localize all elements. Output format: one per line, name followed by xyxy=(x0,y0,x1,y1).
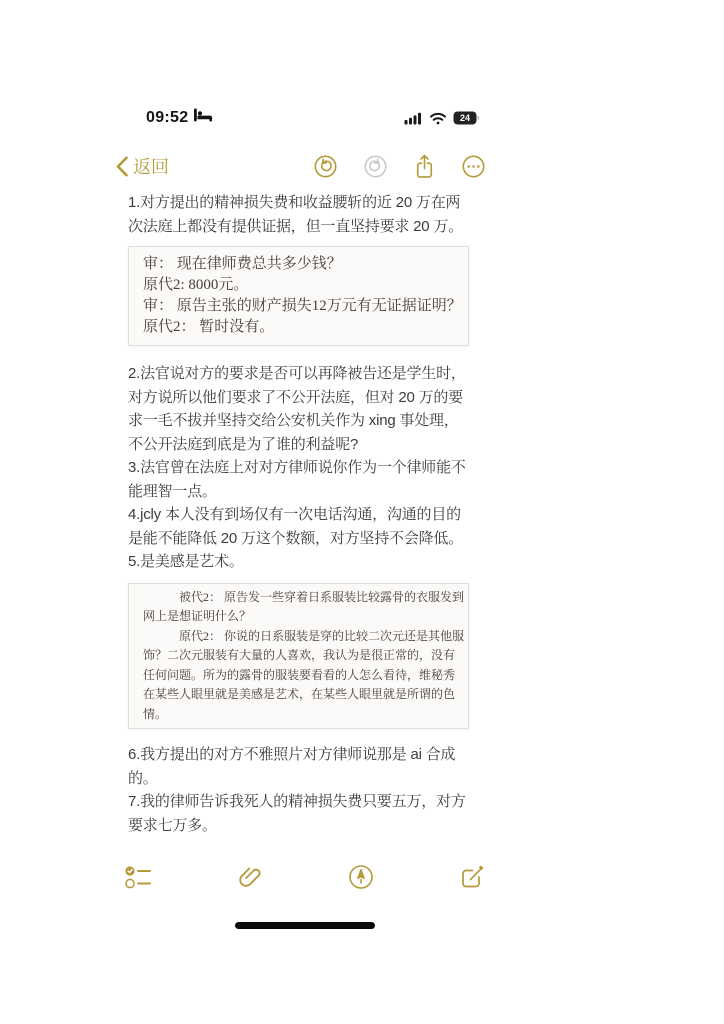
redo-button[interactable] xyxy=(364,155,387,178)
bottom-toolbar xyxy=(110,855,500,899)
chevron-left-icon xyxy=(116,156,128,177)
text-line: 2.法官说对方的要求是否可以再降被告还是学生时， xyxy=(128,362,476,386)
scanned-transcript-attachment-1[interactable]: 审： 现在律师费总共多少钱？ 原代2: 8000元。 审： 原告主张的财产损失1… xyxy=(128,246,469,346)
scan-line: 网上是想证明什么？ xyxy=(143,607,454,627)
markup-button[interactable] xyxy=(347,863,375,891)
attachment-button[interactable] xyxy=(237,864,264,891)
notes-app-screenshot: 09:52 xyxy=(0,0,724,1024)
text-line: 要求七万多。 xyxy=(128,814,476,838)
scanned-transcript-attachment-2[interactable]: 被代2： 原告发一些穿着日系服装比较露骨的衣服发到 网上是想证明什么？ 原代2：… xyxy=(128,583,469,730)
compose-icon xyxy=(459,864,486,891)
text-line: 不公开法庭到底是为了谁的利益呢? xyxy=(128,433,476,457)
redo-icon xyxy=(364,155,387,178)
compose-button[interactable] xyxy=(459,864,486,891)
ellipsis-icon xyxy=(462,155,485,178)
nav-bar: 返回 xyxy=(110,150,500,184)
phone-screen: 09:52 xyxy=(110,105,500,937)
paragraph-2: 2.法官说对方的要求是否可以再降被告还是学生时， 对方说所以他们要求了不公开法庭… xyxy=(128,362,476,456)
paragraph-5: 5.是美感是艺术。 xyxy=(128,550,476,574)
cellular-signal-icon xyxy=(404,112,423,125)
scan-line: 任何问题。所为的露骨的服装要看看的人怎么看待，维秘秀 xyxy=(143,666,454,686)
paragraph-6: 6.我方提出的对方不雅照片对方律师说那是 ai 合成 的。 xyxy=(128,743,476,790)
scan-line: 在某些人眼里就是美感是艺术，在某些人眼里就是所谓的色 xyxy=(143,685,454,705)
status-bar: 09:52 xyxy=(110,107,500,133)
text-line: 能理智一点。 xyxy=(128,480,476,504)
clock-label: 09:52 xyxy=(146,109,188,127)
scan-line: 审： 原告主张的财产损失12万元有无证据证明？ xyxy=(143,296,454,317)
text-line: 是能不能降低 20 万这个数额，对方坚持不会降低。 xyxy=(128,527,476,551)
back-label: 返回 xyxy=(133,153,169,179)
scan-line: 原代2： 暂时没有。 xyxy=(143,317,454,338)
scan-line: 原代2： 你说的日系服装是穿的比较二次元还是其他服 xyxy=(143,627,454,647)
share-icon xyxy=(414,153,435,179)
paragraph-1: 1.对方提出的精神损失费和收益腰斩的近 20 万在两 次法庭上都没有提供证据，但… xyxy=(128,191,476,238)
back-button[interactable]: 返回 xyxy=(116,153,169,179)
text-line: 4.jcly 本人没有到场仅有一次电话沟通，沟通的目的 xyxy=(128,503,476,527)
scan-line: 情。 xyxy=(143,705,454,725)
markup-pen-icon xyxy=(347,863,375,891)
status-right: 24 xyxy=(404,111,480,125)
more-button[interactable] xyxy=(462,155,485,178)
text-line: 对方说所以他们要求了不公开法庭，但对 20 万的要 xyxy=(128,386,476,410)
text-line: 6.我方提出的对方不雅照片对方律师说那是 ai 合成 xyxy=(128,743,476,767)
nav-actions xyxy=(314,153,485,179)
note-body[interactable]: 1.对方提出的精神损失费和收益腰斩的近 20 万在两 次法庭上都没有提供证据，但… xyxy=(128,191,476,837)
paperclip-icon xyxy=(237,864,264,891)
status-left: 09:52 xyxy=(146,108,213,127)
text-line: 次法庭上都没有提供证据，但一直坚持要求 20 万。 xyxy=(128,215,476,239)
text-line: 求一毛不拔并坚持交给公安机关作为 xing 事处理， xyxy=(128,409,476,433)
text-line: 7.我的律师告诉我死人的精神损失费只要五万，对方 xyxy=(128,790,476,814)
scan-line: 原代2: 8000元。 xyxy=(143,275,454,296)
text-line: 的。 xyxy=(128,767,476,791)
wifi-icon xyxy=(429,112,447,125)
paragraph-7: 7.我的律师告诉我死人的精神损失费只要五万，对方 要求七万多。 xyxy=(128,790,476,837)
undo-icon xyxy=(314,155,337,178)
text-line: 3.法官曾在法庭上对对方律师说你作为一个律师能不 xyxy=(128,456,476,480)
scan-line: 饰？二次元服装有大量的人喜欢，我认为是很正常的，没有 xyxy=(143,646,454,666)
share-button[interactable] xyxy=(414,153,435,179)
undo-button[interactable] xyxy=(314,155,337,178)
sleep-focus-bed-icon xyxy=(193,108,213,127)
paragraph-3: 3.法官曾在法庭上对对方律师说你作为一个律师能不 能理智一点。 xyxy=(128,456,476,503)
paragraph-4: 4.jcly 本人没有到场仅有一次电话沟通，沟通的目的 是能不能降低 20 万这… xyxy=(128,503,476,550)
battery-icon: 24 xyxy=(453,111,480,125)
checklist-button[interactable] xyxy=(124,864,153,891)
home-indicator[interactable] xyxy=(235,922,375,929)
scan-line: 审： 现在律师费总共多少钱？ xyxy=(143,254,454,275)
battery-percent: 24 xyxy=(460,113,470,123)
checklist-icon xyxy=(124,864,153,891)
text-line: 1.对方提出的精神损失费和收益腰斩的近 20 万在两 xyxy=(128,191,476,215)
text-line: 5.是美感是艺术。 xyxy=(128,550,476,574)
scan-line: 被代2： 原告发一些穿着日系服装比较露骨的衣服发到 xyxy=(143,588,454,608)
